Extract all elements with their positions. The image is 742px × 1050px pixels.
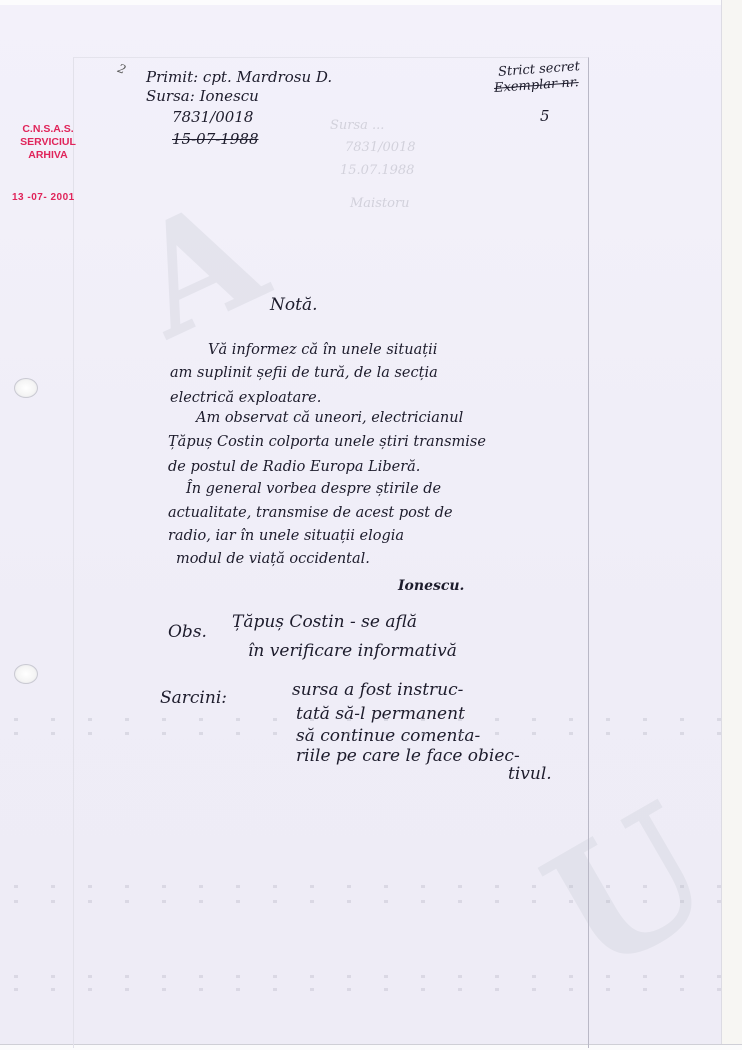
punch-hole: [14, 378, 38, 398]
scanned-page: A U C.N.S.A.S. SERVICIUL ARHIVA 13 -07- …: [0, 0, 742, 1050]
body-line: de postul de Radio Europa Liberă.: [168, 459, 420, 475]
task-line: tivul.: [508, 764, 552, 784]
received-by: Primit: cpt. Mardrosu D.: [146, 68, 332, 86]
archive-stamp-date: 13 -07- 2001: [12, 192, 75, 203]
stamp-line: C.N.S.A.S.: [8, 123, 88, 136]
observation-label: Obs.: [168, 622, 207, 642]
archive-stamp: C.N.S.A.S. SERVICIUL ARHIVA: [8, 123, 88, 162]
signature: Ionescu.: [398, 578, 464, 594]
body-line: am suplinit șefii de tură, de la secția: [170, 365, 438, 381]
observation-line: Țăpuș Costin - se află: [232, 612, 417, 632]
source-name: Sursa: Ionescu: [146, 87, 259, 105]
scan-noise: [0, 718, 742, 721]
bleedthrough-text: Sursa ...: [330, 118, 384, 133]
bleedthrough-text: 15.07.1988: [340, 163, 414, 178]
observation-line: în verificare informativă: [248, 641, 457, 661]
registration-number: 7831/0018: [172, 108, 253, 126]
document-title: Notă.: [270, 295, 317, 315]
stamp-line: ARHIVA: [8, 149, 88, 162]
scan-right-edge: [721, 0, 742, 1050]
body-line: În general vorbea despre știrile de: [186, 481, 441, 497]
body-line: radio, iar în unele situații elogia: [168, 528, 404, 544]
task-line: sursa a fost instruc-: [292, 680, 463, 700]
task-line: tată să-l permanent: [296, 704, 465, 724]
body-line: Am observat că uneori, electricianul: [196, 410, 463, 426]
scan-noise: [0, 732, 742, 735]
task-line: riile pe care le face obiec-: [296, 746, 520, 766]
scan-noise: [0, 988, 742, 991]
body-line: Țăpuș Costin colporta unele știri transm…: [168, 434, 486, 450]
task-line: să continue comenta-: [296, 726, 480, 746]
body-line: actualitate, transmise de acest post de: [168, 505, 453, 521]
stamp-line: SERVICIUL: [8, 136, 88, 149]
bleedthrough-text: 7831/0018: [345, 140, 416, 155]
body-line: modul de viață occidental.: [176, 551, 370, 567]
header-date: 15-07-1988: [172, 130, 258, 148]
scan-noise: [0, 885, 742, 888]
scan-noise: [0, 975, 742, 978]
body-line: Vă informez că în unele situații: [208, 342, 437, 358]
bleedthrough-text: Maistoru: [350, 196, 410, 211]
copy-number: 5: [540, 107, 550, 125]
tasks-label: Sarcini:: [160, 688, 227, 708]
scan-top-edge: [0, 0, 742, 5]
punch-hole: [14, 664, 38, 684]
body-line: electrică exploatare.: [170, 390, 321, 406]
scan-noise: [0, 900, 742, 903]
